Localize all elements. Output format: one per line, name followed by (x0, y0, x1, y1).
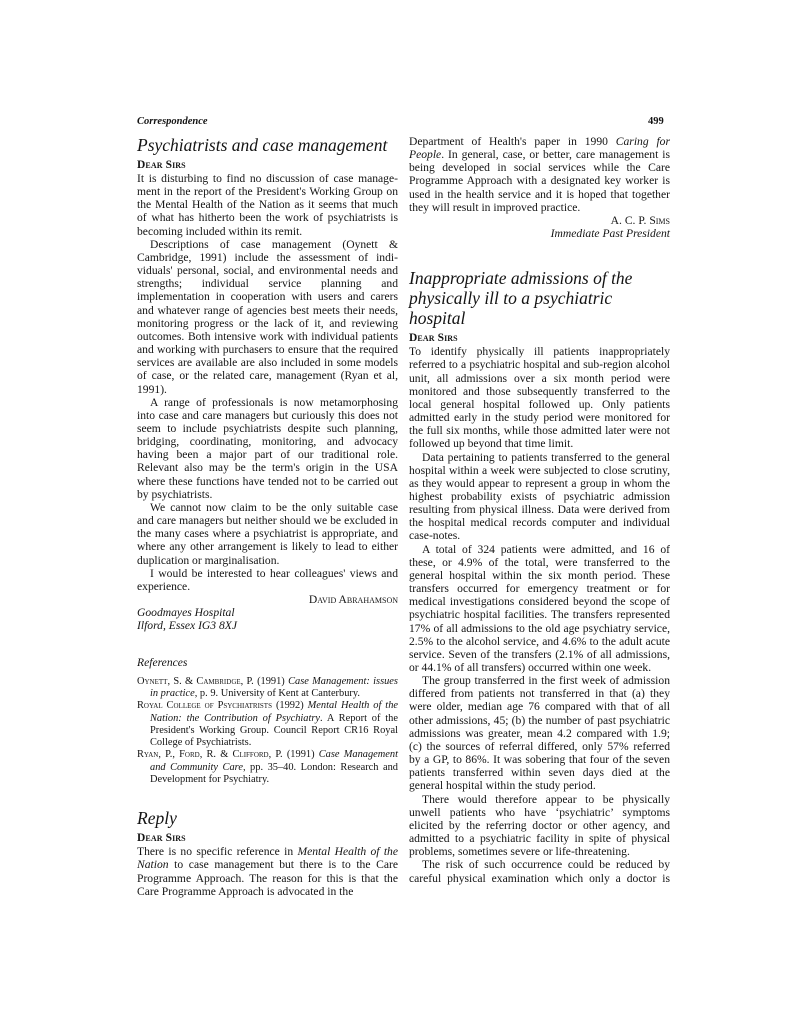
paragraph: We cannot now claim to be the only suita… (137, 501, 398, 567)
references-heading: References (137, 656, 398, 669)
reference-year: (1991) (257, 676, 285, 687)
paragraph: There would therefore appear to be physi… (409, 793, 670, 859)
reference-details: , p. 9. University of Kent at Canterbury… (195, 688, 360, 699)
author-address-line1: Goodmayes Hospital (137, 606, 398, 619)
reply-paragraph: There is no specific reference in Mental… (137, 845, 398, 898)
paragraph: It is disturbing to find no discussion o… (137, 172, 398, 238)
letter-case-management: Psychiatrists and case management Dear S… (137, 135, 398, 632)
title-line: Inappropriate admissions of the (409, 268, 632, 288)
reference-authors: Royal College of Psychiatrists (137, 700, 272, 711)
right-column: Department of Health's paper in 1990 Car… (409, 135, 670, 885)
letter-title: Inappropriate admissions of thephysicall… (409, 268, 670, 328)
title-line: physically ill to a psychiatric hospital (409, 288, 612, 328)
paragraph: Descriptions of case management (Oynett … (137, 238, 398, 396)
reference-authors: Ryan, P., Ford, R. & Clifford, P. (137, 749, 283, 760)
reference-year: (1991) (287, 749, 315, 760)
salutation: Dear Sirs (137, 832, 398, 845)
paragraph: Data pertaining to patients transferred … (409, 451, 670, 543)
references-section: References Oynett, S. & Cambridge, P. (1… (137, 656, 398, 786)
salutation: Dear Sirs (409, 332, 670, 345)
reply-section: Reply Dear Sirs There is no specific ref… (137, 808, 398, 898)
salutation: Dear Sirs (137, 159, 398, 172)
journal-page: Correspondence 499 Psychiatrists and cas… (0, 0, 800, 1036)
reply-signature-title: Immediate Past President (409, 227, 670, 240)
paragraph: I would be interested to hear colleagues… (137, 567, 398, 593)
reference-item: Ryan, P., Ford, R. & Clifford, P. (1991)… (137, 749, 398, 786)
text: There is no specific reference in (137, 845, 297, 858)
running-head: Correspondence (137, 116, 208, 127)
reference-authors: Oynett, S. & Cambridge, P. (137, 676, 254, 687)
reply-signature: A. C. P. Sims (409, 214, 670, 227)
reply-continued: Department of Health's paper in 1990 Car… (409, 135, 670, 240)
reference-item: Royal College of Psychiatrists (1992) Me… (137, 700, 398, 749)
paragraph: The group transferred in the first week … (409, 674, 670, 792)
reply-paragraph-continued: Department of Health's paper in 1990 Car… (409, 135, 670, 214)
paragraph: To identify physically ill patients inap… (409, 345, 670, 450)
reference-item: Oynett, S. & Cambridge, P. (1991) Case M… (137, 676, 398, 701)
reply-title: Reply (137, 808, 398, 828)
page-number: 499 (648, 116, 664, 127)
letter-inappropriate-admissions: Inappropriate admissions of thephysicall… (409, 268, 670, 884)
reference-year: (1992) (276, 700, 304, 711)
text: . In general, case, or better, care mana… (409, 148, 670, 214)
text: to case management but there is to the C… (137, 858, 398, 897)
text: Department of Health's paper in 1990 (409, 135, 616, 148)
paragraph: The risk of such occurrence could be red… (409, 858, 670, 884)
author-signature: David Abrahamson (137, 593, 398, 606)
author-address-line2: Ilford, Essex IG3 8XJ (137, 619, 398, 632)
paragraph-text: Descriptions of case management (Oynett … (137, 238, 398, 396)
paragraph: A total of 324 patients were admitted, a… (409, 543, 670, 675)
left-column: Psychiatrists and case management Dear S… (137, 135, 398, 898)
paragraph: A range of professionals is now metamorp… (137, 396, 398, 501)
letter-title: Psychiatrists and case management (137, 135, 398, 155)
